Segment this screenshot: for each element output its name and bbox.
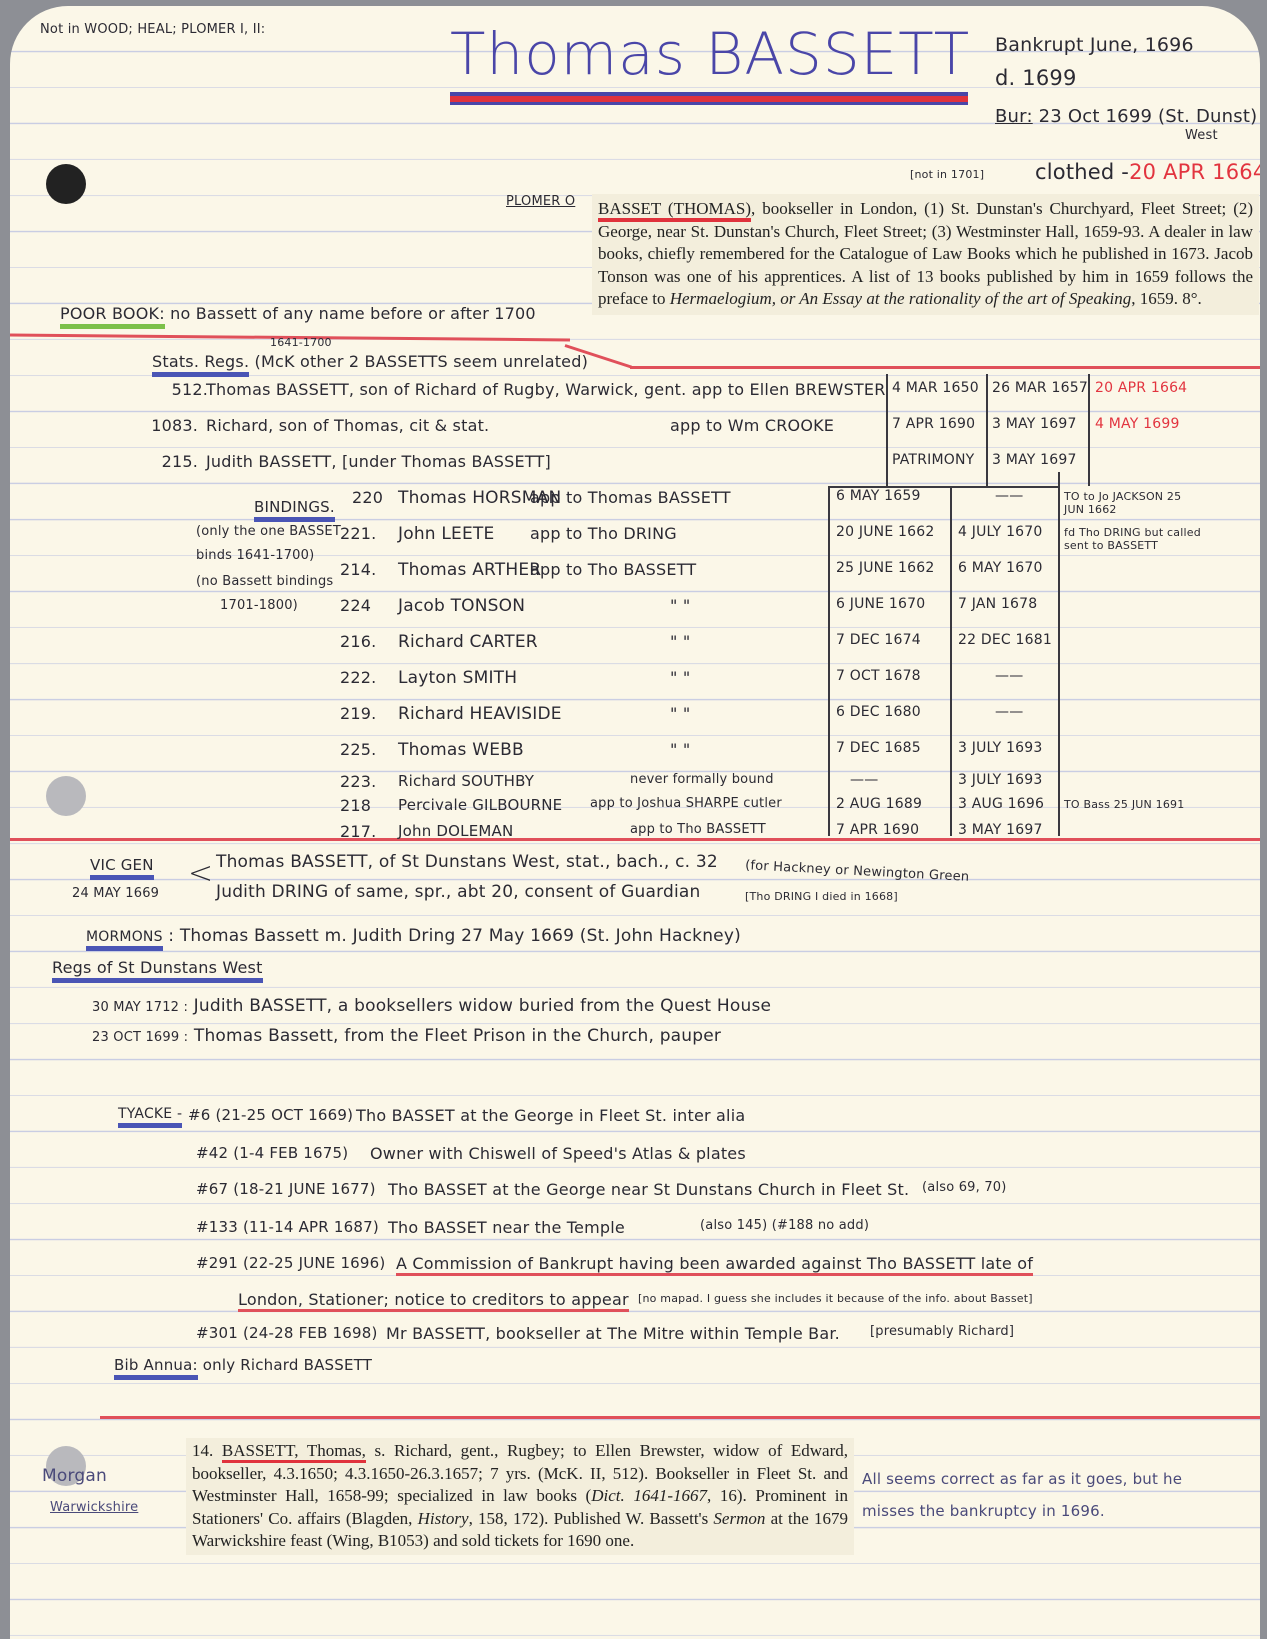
stats-reg-app: app to Wm CROOKE [670,416,834,435]
vic-gen-line2: Judith DRING of same, spr., abt 20, cons… [216,882,701,902]
binding-freed: 3 MAY 1697 [958,822,1043,838]
binding-number: 221. [340,524,376,543]
binding-master: app to Tho BASSETT [530,560,696,579]
binding-number: 220 [352,488,383,507]
binding-number: 223. [340,772,376,791]
binding-bound: 7 DEC 1685 [836,740,921,756]
tyacke-note: [no mapad. I guess she includes it becau… [638,1292,1033,1305]
binding-bound: 6 JUNE 1670 [836,596,925,612]
section-divider [100,1416,1260,1419]
binding-bound: —— [850,772,878,788]
binding-number: 217. [340,822,376,841]
binding-master: app to Thomas BASSETT [530,488,731,507]
punch-hole [46,776,86,816]
bindings-side-note: binds 1641-1700) [196,548,314,563]
binding-bound: 25 JUNE 1662 [836,560,934,576]
burial-entry: Judith BASSETT, a booksellers widow buri… [194,996,772,1016]
binding-freed: —— [995,704,1023,720]
tyacke-ref: #67 (18-21 JUNE 1677) [196,1180,376,1198]
bankrupt-note: Bankrupt June, 1696 [995,34,1194,56]
binding-name: Richard CARTER [398,632,538,652]
binding-bound: 7 OCT 1678 [836,668,921,684]
vic-gen-line1: Thomas BASSETT, of St Dunstans West, sta… [216,852,718,872]
binding-name: Richard HEAVISIDE [398,704,562,724]
bindings-side-note: 1701-1800) [220,598,298,613]
morgan-comment: All seems correct as far as it goes, but… [862,1470,1182,1488]
binding-bound: 2 AUG 1689 [836,796,922,812]
binding-freed: 3 JULY 1693 [958,772,1043,788]
binding-name: Thomas ARTHER [398,560,541,580]
table-rule [1088,374,1090,486]
plomer-name: BASSET (THOMAS) [598,199,751,222]
stats-regs-label: Stats. Regs. [152,352,249,377]
binding-number: 224 [340,596,371,615]
tyacke-entry: Mr BASSETT, bookseller at The Mitre with… [386,1324,840,1343]
binding-freed: 22 DEC 1681 [958,632,1052,648]
clothed-label: clothed - [1035,160,1129,184]
plomer-entry: BASSET (THOMAS), bookseller in London, (… [592,194,1259,315]
binding-name: Richard SOUTHBY [398,772,534,790]
not-in-1701-note: [not in 1701] [910,168,984,181]
mormons-label: MORMONS [86,929,163,951]
tyacke-ref: #133 (11-14 APR 1687) [196,1218,379,1236]
binding-name: Layton SMITH [398,668,517,688]
tyacke-note: [presumably Richard] [870,1324,1014,1339]
binding-master: app to Tho DRING [530,524,677,543]
tyacke-entry-cont: London, Stationer; notice to creditors t… [238,1290,629,1312]
bib-annua-label: Bib Annua: [114,1356,198,1380]
binding-freed: 7 JAN 1678 [958,596,1037,612]
stats-reg-bound: 4 MAR 1650 [892,380,979,396]
table-rule [828,486,1058,488]
binding-bound: 6 MAY 1659 [836,488,921,504]
binding-master: " " [670,596,690,615]
tyacke-ref: #301 (24-28 FEB 1698) [196,1324,378,1342]
binding-name: Thomas WEBB [398,740,524,760]
binding-bound: 20 JUNE 1662 [836,524,934,540]
tyacke-note: (also 69, 70) [922,1180,1007,1195]
stats-reg-bound: 7 APR 1690 [892,416,975,432]
clothed-date: 20 APR 1664 [1129,160,1260,184]
section-divider [10,838,1260,841]
binding-name: Percivale GILBOURNE [398,796,562,814]
binding-master: " " [670,632,690,651]
stats-reg-bound: PATRIMONY [892,452,974,468]
index-card: Not in WOOD; HEAL; PLOMER I, II: Thomas … [10,6,1260,1639]
binding-bound: 7 DEC 1674 [836,632,921,648]
morgan-label: Morgan [42,1466,107,1486]
bindings-side-note: (no Bassett bindings [196,574,333,589]
stats-reg-text: Richard, son of Thomas, cit & stat. [206,416,489,435]
warwickshire-label: Warwickshire [50,1500,138,1515]
table-rule [986,374,988,486]
binding-name: Jacob TONSON [398,596,525,616]
regs-st-dunstans-label: Regs of St Dunstans West [52,958,263,983]
binding-note: TO Bass 25 JUN 1691 [1064,798,1204,811]
vic-gen-label: VIC GEN [90,856,154,880]
binding-bound: 7 APR 1690 [836,822,919,838]
morgan-comment: misses the bankruptcy in 1696. [862,1502,1105,1520]
binding-master: never formally bound [630,772,774,787]
morgan-name: BASSETT, Thomas, [222,1441,366,1463]
tyacke-label: TYACKE - [118,1106,182,1128]
table-rule [950,486,952,836]
binding-number: 216. [340,632,376,651]
tyacke-ref: #6 (21-25 OCT 1669) [188,1106,353,1124]
buried-label: Bur: [995,106,1033,127]
stats-reg-clothed: 20 APR 1664 [1095,380,1187,396]
binding-master: app to Joshua SHARPE cutler [590,796,782,811]
stats-reg-number: 215. [150,452,198,471]
morgan-entry: 14. BASSETT, Thomas, s. Richard, gent., … [186,1438,854,1555]
binding-number: 219. [340,704,376,723]
table-rule [886,374,888,486]
binding-note: fd Tho DRING but called sent to BASSETT [1064,526,1204,552]
binding-freed: 6 MAY 1670 [958,560,1043,576]
binding-note: TO to Jo JACKSON 25 JUN 1662 [1064,490,1204,516]
binding-master: " " [670,668,690,687]
binding-freed: 3 AUG 1696 [958,796,1044,812]
buried-date: 23 Oct 1699 (St. Dunst) [1039,106,1258,127]
stats-reg-freed: 26 MAR 1657 [992,380,1088,396]
binding-number: 218 [340,796,371,815]
tyacke-entry: A Commission of Bankrupt having been awa… [396,1254,1033,1276]
tyacke-entry: Tho BASSET near the Temple [388,1218,625,1237]
binding-name: John LEETE [398,524,494,544]
stats-reg-number: 512. [160,380,208,399]
binding-freed: 3 JULY 1693 [958,740,1043,756]
stats-reg-freed: 3 MAY 1697 [992,416,1077,432]
brace-icon: < [188,856,213,891]
tyacke-entry: Tho BASSET at the George near St Dunstan… [388,1180,909,1199]
binding-freed: —— [995,668,1023,684]
vic-gen-bracket-note: [Tho DRING I died in 1668] [745,890,898,903]
stats-reg-clothed: 4 MAY 1699 [1095,416,1180,432]
burial-entry: Thomas Bassett, from the Fleet Prison in… [194,1026,721,1046]
tyacke-ref: #42 (1-4 FEB 1675) [196,1144,348,1162]
plomer-label: PLOMER O [506,194,575,209]
binding-number: 222. [340,668,376,687]
vic-gen-date: 24 MAY 1669 [72,886,159,901]
binding-number: 225. [340,740,376,759]
binding-number: 214. [340,560,376,579]
not-in-note: Not in WOOD; HEAL; PLOMER I, II: [40,22,265,37]
death-note: d. 1699 [995,66,1077,90]
stats-reg-text: Judith BASSETT, [under Thomas BASSETT] [206,452,551,471]
binding-name: John DOLEMAN [398,822,513,840]
binding-bound: 6 DEC 1680 [836,704,921,720]
stats-reg-text: Thomas BASSETT, son of Richard of Rugby,… [206,380,886,399]
binding-freed: —— [995,488,1023,504]
table-rule [828,486,830,836]
binding-master: " " [670,704,690,723]
section-divider [630,366,1260,369]
stats-regs-range: 1641-1700 [270,336,332,349]
bindings-side-note: (only the one BASSET [196,524,341,539]
tyacke-entry: Owner with Chiswell of Speed's Atlas & p… [370,1144,746,1163]
stats-reg-freed: 3 MAY 1697 [992,452,1077,468]
table-rule [1058,472,1060,836]
tyacke-entry: Tho BASSET at the George in Fleet St. in… [356,1106,745,1125]
bindings-label: BINDINGS. [254,498,335,516]
binding-master: app to Tho BASSETT [630,822,766,837]
binding-freed: 4 JULY 1670 [958,524,1043,540]
vic-gen-place-note: (for Hackney or Newington Green [745,858,970,885]
punch-hole [46,164,86,204]
tyacke-ref: #291 (22-25 JUNE 1696) [196,1254,385,1272]
binding-master: " " [670,740,690,759]
title-underline [450,102,968,105]
page-title: Thomas BASSETT [450,20,970,88]
tyacke-note: (also 145) (#188 no add) [700,1218,869,1233]
stats-reg-number: 1083. [150,416,198,435]
poor-book-label: POOR BOOK: [60,304,165,329]
buried-place: West [1185,128,1218,143]
